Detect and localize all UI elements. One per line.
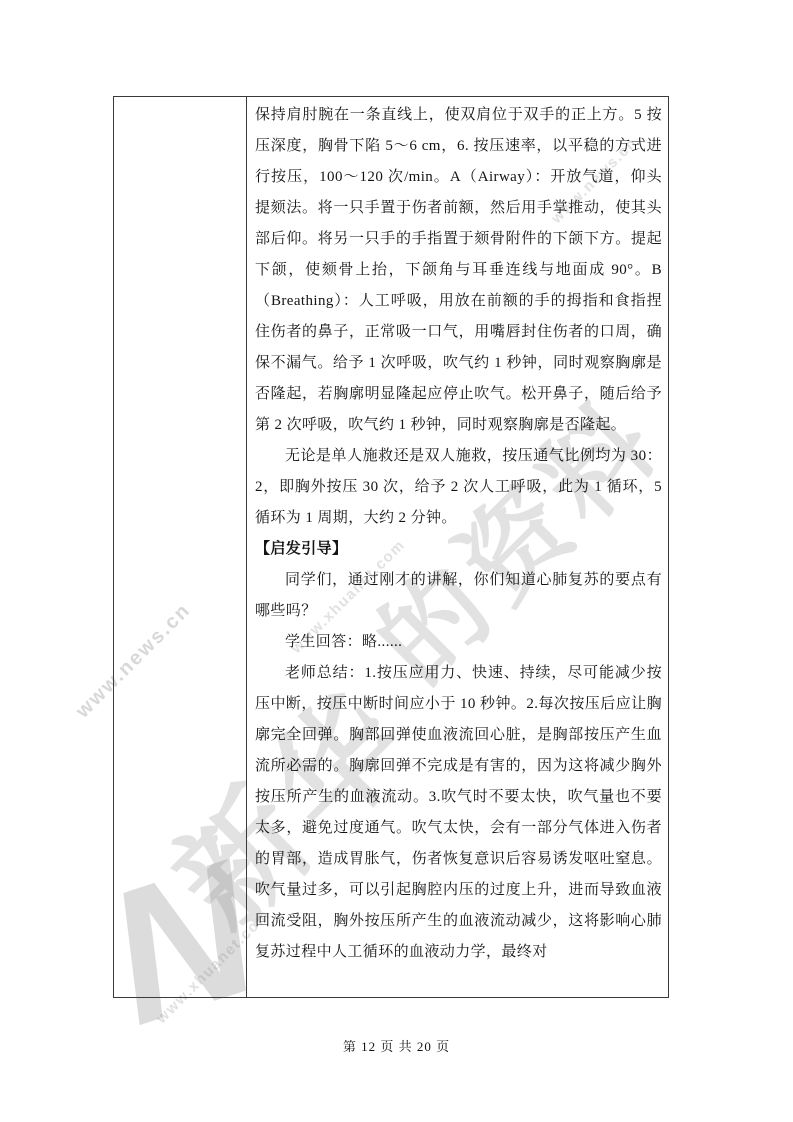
page-number-footer: 第 12 页 共 20 页 bbox=[0, 1036, 793, 1055]
paragraph-compression-ratio: 无论是单人施救还是双人施救，按压通气比例均为 30：2，即胸外按压 30 次，给… bbox=[255, 441, 662, 534]
paragraph-student-answer: 学生回答：略...... bbox=[255, 627, 662, 658]
paragraph-cpr-procedure: 保持肩肘腕在一条直线上，使双肩位于双手的正上方。5 按压深度，胸骨下陷 5～6 … bbox=[255, 100, 662, 441]
paragraph-teacher-question: 同学们，通过刚才的讲解，你们知道心肺复苏的要点有哪些吗？ bbox=[255, 565, 662, 627]
paragraph-teacher-summary: 老师总结：1.按压应用力、快速、持续，尽可能减少按压中断，按压中断时间应小于 1… bbox=[255, 658, 662, 968]
table-right-column: 保持肩肘腕在一条直线上，使双肩位于双手的正上方。5 按压深度，胸骨下陷 5～6 … bbox=[247, 97, 668, 997]
document-page: www.news.cn www.xhuanet.com www.news.cn … bbox=[0, 0, 793, 1122]
lesson-plan-table: 保持肩肘腕在一条直线上，使双肩位于双手的正上方。5 按压深度，胸骨下陷 5～6 … bbox=[113, 96, 669, 998]
section-heading-inspiration: 【启发引导】 bbox=[255, 534, 662, 565]
table-left-column-empty bbox=[114, 97, 247, 997]
